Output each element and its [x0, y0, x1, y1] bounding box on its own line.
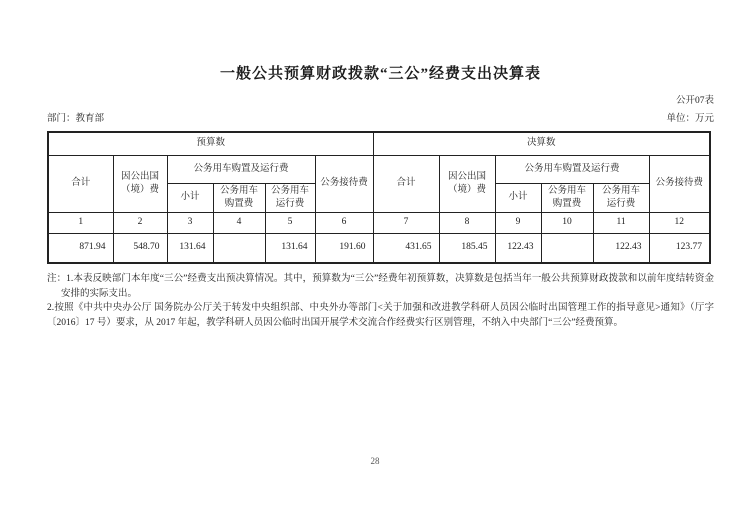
col-number: 12 — [649, 212, 710, 233]
header-abroad-final: 因公出国 （境）费 — [439, 155, 495, 212]
header-abroad-line1: 因公出国 — [440, 171, 495, 184]
note-2: 2.按照《中共中央办公厅 国务院办公厅关于转发中央组织部、中央外办等部门<关于加… — [47, 301, 714, 330]
header-purchase-budget: 公务用车 购置费 — [213, 183, 265, 212]
header-operation-final: 公务用车 运行费 — [593, 183, 649, 212]
header-reception-final: 公务接待费 — [649, 155, 710, 212]
col-number: 7 — [373, 212, 439, 233]
header-total-final: 合计 — [373, 155, 439, 212]
col-number: 6 — [315, 212, 373, 233]
value-cell: 122.43 — [495, 233, 541, 263]
value-cell: 131.64 — [167, 233, 213, 263]
value-cell: 431.65 — [373, 233, 439, 263]
notes-section: 注：1.本表反映部门本年度“三公”经费支出预决算情况。其中，预算数为“三公”经费… — [47, 272, 714, 330]
value-cell — [541, 233, 593, 263]
value-cell: 185.45 — [439, 233, 495, 263]
header-vehicle-group-final: 公务用车购置及运行费 — [495, 155, 649, 183]
col-number: 1 — [48, 212, 113, 233]
col-number: 5 — [265, 212, 315, 233]
document-page: 一般公共预算财政拨款“三公”经费支出决算表 公开07表 部门：教育部 单位：万元… — [47, 0, 714, 330]
col-number: 8 — [439, 212, 495, 233]
header-vehicle-group-budget: 公务用车购置及运行费 — [167, 155, 315, 183]
header-purchase-line2: 购置费 — [214, 198, 265, 211]
header-operation-line1: 公务用车 — [594, 185, 649, 198]
header-abroad-line2: （境）费 — [114, 184, 167, 197]
header-final: 决算数 — [373, 132, 710, 155]
value-cell: 123.77 — [649, 233, 710, 263]
header-abroad-budget: 因公出国 （境）费 — [113, 155, 167, 212]
header-operation-line2: 运行费 — [594, 198, 649, 211]
col-number: 11 — [593, 212, 649, 233]
header-purchase-line2: 购置费 — [542, 198, 593, 211]
col-number: 4 — [213, 212, 265, 233]
three-public-expense-table: 预算数 决算数 合计 因公出国 （境）费 公务用车购置及运行费 公务接待费 合计… — [47, 131, 711, 264]
header-budget: 预算数 — [48, 132, 373, 155]
col-number: 9 — [495, 212, 541, 233]
header-abroad-line1: 因公出国 — [114, 171, 167, 184]
header-subtotal-final: 小计 — [495, 183, 541, 212]
value-cell: 548.70 — [113, 233, 167, 263]
header-operation-line1: 公务用车 — [266, 185, 315, 198]
value-cell — [213, 233, 265, 263]
header-reception-budget: 公务接待费 — [315, 155, 373, 212]
col-number: 3 — [167, 212, 213, 233]
header-operation-budget: 公务用车 运行费 — [265, 183, 315, 212]
col-number: 10 — [541, 212, 593, 233]
page-number: 28 — [0, 456, 750, 466]
header-operation-line2: 运行费 — [266, 198, 315, 211]
header-purchase-line1: 公务用车 — [542, 185, 593, 198]
header-purchase-final: 公务用车 购置费 — [541, 183, 593, 212]
value-cell: 871.94 — [48, 233, 113, 263]
header-purchase-line1: 公务用车 — [214, 185, 265, 198]
value-cell: 122.43 — [593, 233, 649, 263]
meta-row: 部门：教育部 单位：万元 — [47, 110, 714, 124]
value-cell: 191.60 — [315, 233, 373, 263]
header-total-budget: 合计 — [48, 155, 113, 212]
table-code-label: 公开07表 — [47, 92, 714, 106]
unit-label: 单位：万元 — [666, 110, 714, 124]
page-title: 一般公共预算财政拨款“三公”经费支出决算表 — [47, 62, 714, 83]
header-subtotal-budget: 小计 — [167, 183, 213, 212]
header-abroad-line2: （境）费 — [440, 184, 495, 197]
note-1: 注：1.本表反映部门本年度“三公”经费支出预决算情况。其中，预算数为“三公”经费… — [47, 272, 714, 301]
col-number: 2 — [113, 212, 167, 233]
value-cell: 131.64 — [265, 233, 315, 263]
department-label: 部门：教育部 — [47, 110, 104, 124]
